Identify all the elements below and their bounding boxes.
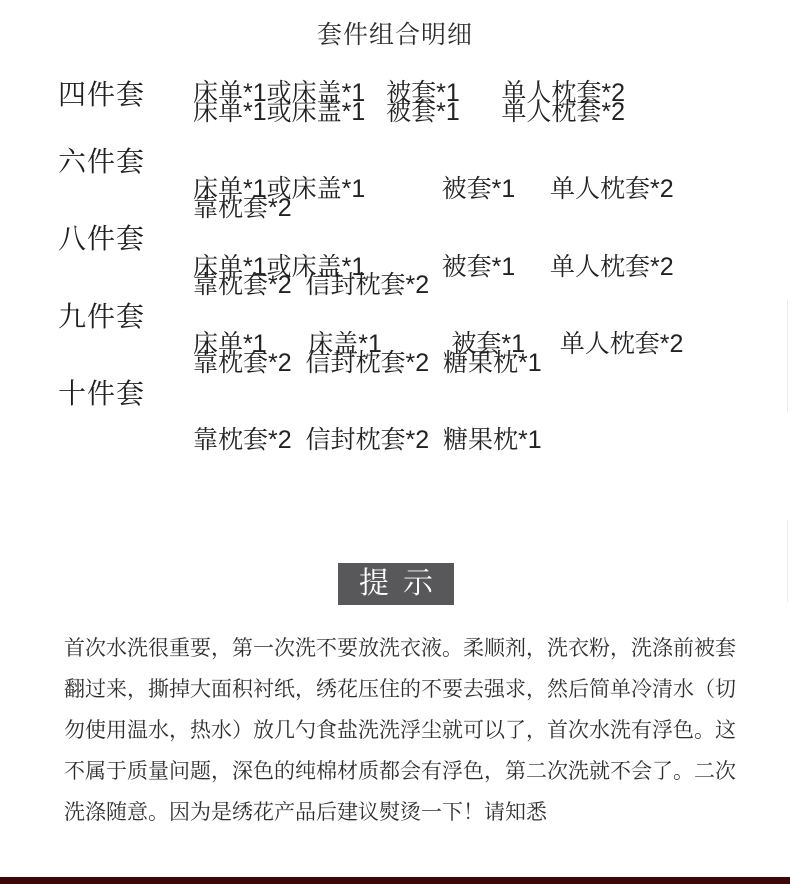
set-line: 床单*1 床盖*1 被套*1 单人枕套*2 [193,328,683,360]
set-content-10-piece: 床单*1 床盖*1 被套*1 单人枕套*2 靠枕套*2 信封枕套*2 糖果枕*1 [193,264,683,520]
set-line: 靠枕套*2 信封枕套*2 糖果枕*1 [193,424,683,456]
set-label-8-piece: 八件套 [58,217,145,257]
product-detail-page: 套件组合明细 四件套 床单*1或床盖*1 被套*1 单人枕套*2 六件套 床单*… [0,0,790,884]
right-edge-line [787,520,788,602]
set-label-10-piece: 十件套 [58,372,145,412]
right-edge-line [787,300,788,412]
set-row-10-piece: 十件套 床单*1 床盖*1 被套*1 单人枕套*2 靠枕套*2 信封枕套*2 糖… [0,359,790,425]
set-label-6-piece: 六件套 [58,140,145,180]
washing-instructions-text: 首次水洗很重要，第一次洗不要放洗衣液。柔顺剂，洗衣粉，洗涤前被套翻过来，撕掉大面… [64,628,738,833]
set-label-4-piece: 四件套 [58,73,145,113]
set-label-9-piece: 九件套 [58,295,145,335]
bottom-accent-bar [0,877,790,884]
tip-banner: 提示 [338,563,454,605]
tip-banner-label: 提示 [359,569,447,599]
